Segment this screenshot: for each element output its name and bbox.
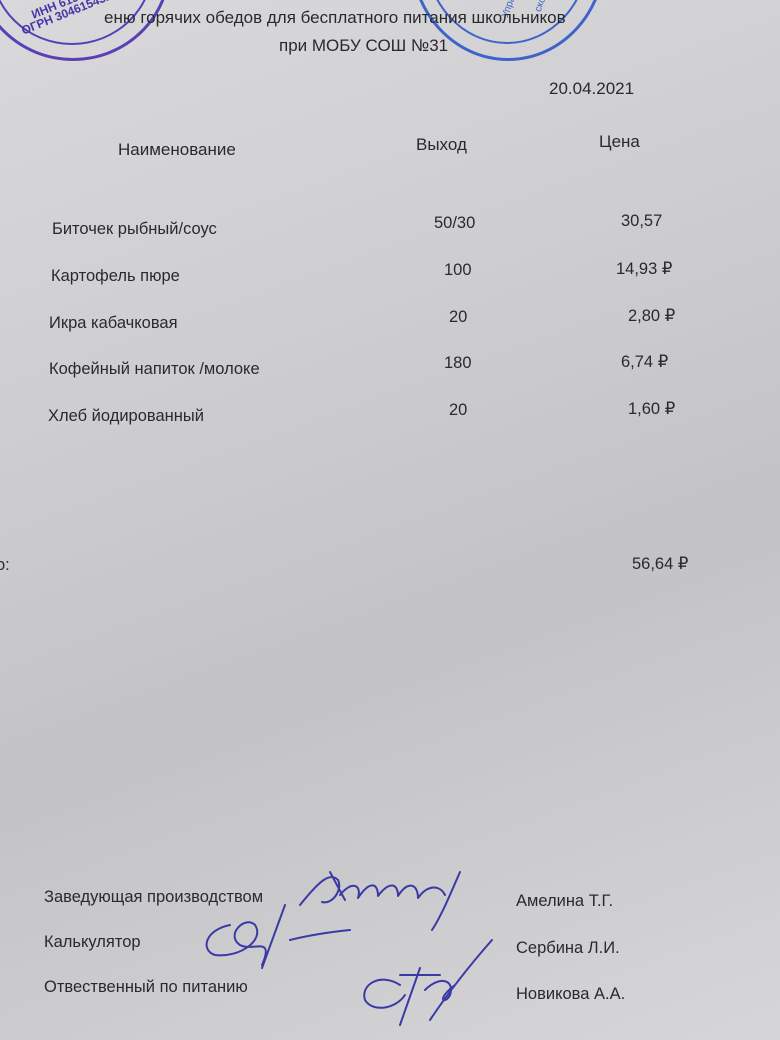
handwritten-signatures-icon (0, 0, 780, 1040)
